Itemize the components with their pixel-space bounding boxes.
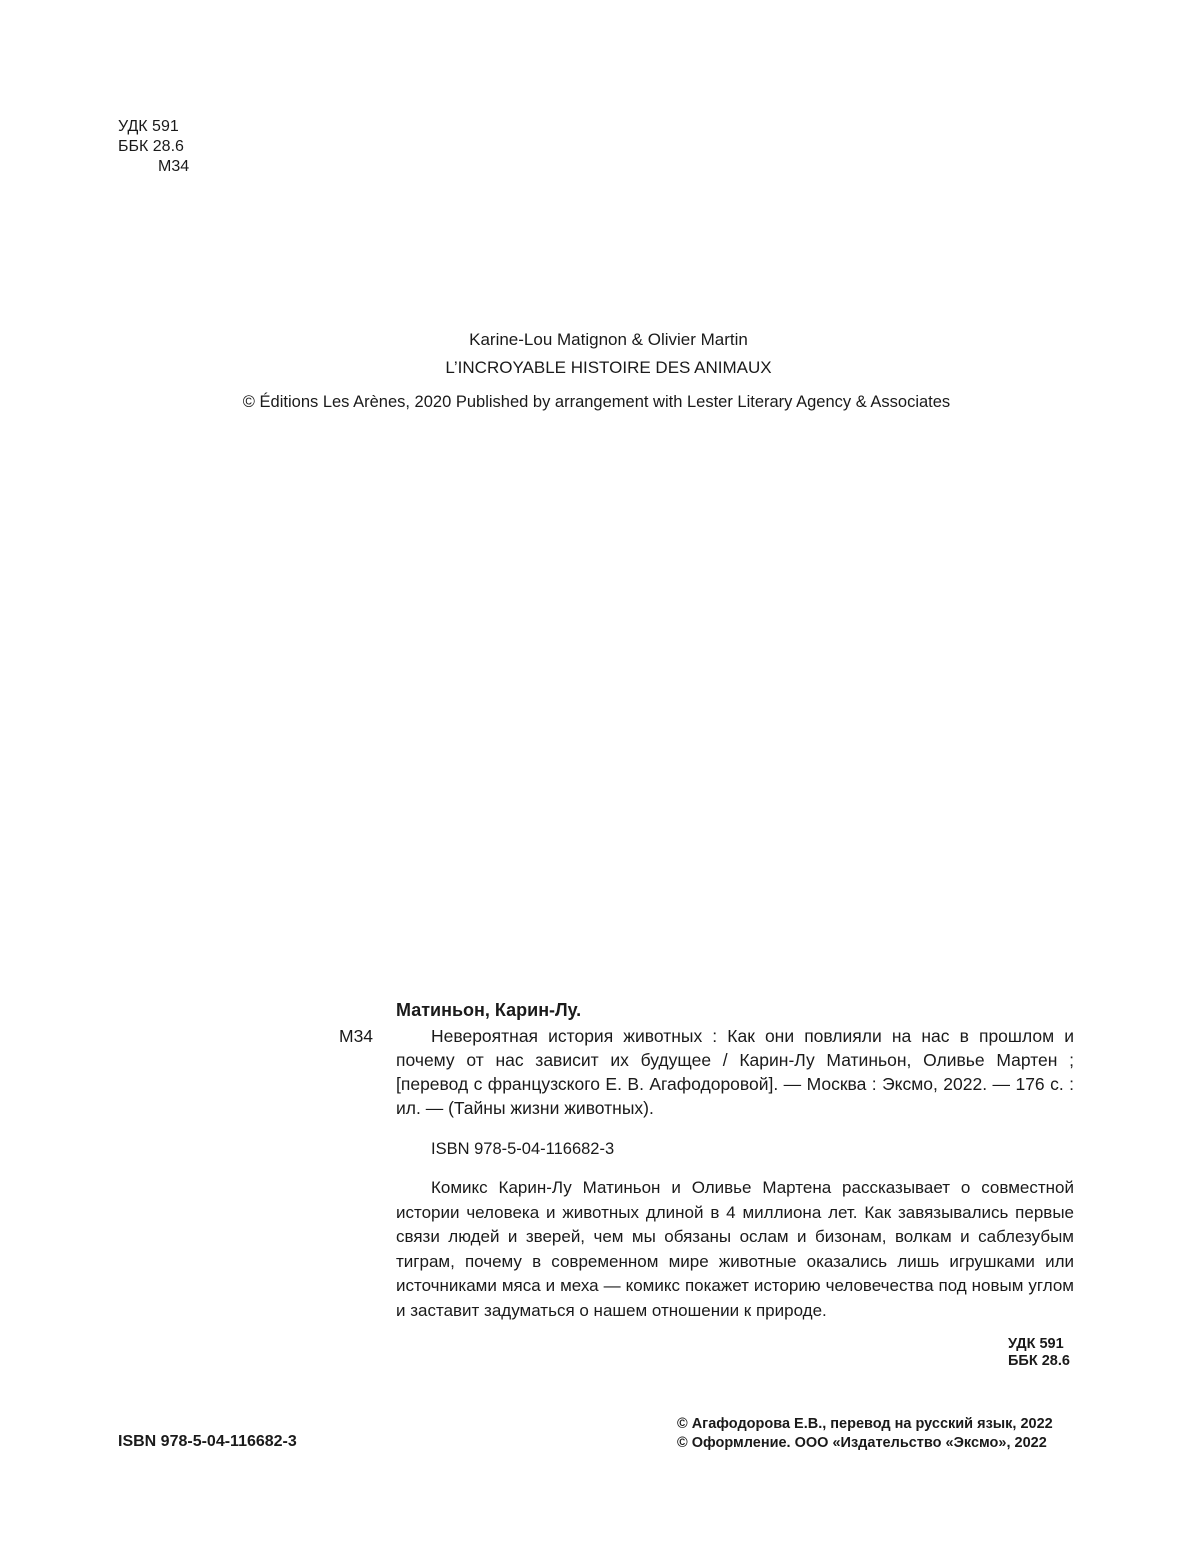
udk-code: УДК 591 (118, 117, 189, 137)
original-copyright: © Éditions Les Arènes, 2020 Published by… (0, 393, 1193, 412)
classification-codes-top: УДК 591 ББК 28.6 М34 (118, 117, 189, 177)
original-title: L’INCROYABLE HISTOIRE DES ANIMAUX (12, 358, 1193, 378)
author-mark: М34 (118, 157, 189, 177)
original-authors: Karine-Lou Matignon & Olivier Martin (12, 330, 1193, 350)
copyright-translation: © Агафодорова Е.В., перевод на русский я… (677, 1415, 1053, 1434)
annotation: Комикс Карин-Лу Матиньон и Оливье Мартен… (396, 1176, 1074, 1323)
bibliographic-author-heading: Матиньон, Карин-Лу. (396, 998, 1074, 1022)
bibliographic-description: Невероятная история животных : Как они п… (396, 1024, 1074, 1120)
bbk-code: ББК 28.6 (118, 137, 189, 157)
udk-code-bottom: УДК 591 (1008, 1336, 1070, 1353)
footer-copyrights: © Агафодорова Е.В., перевод на русский я… (677, 1415, 1053, 1453)
bibliographic-author-mark: М34 (339, 1026, 373, 1047)
copyright-design: © Оформление. ООО «Издательство «Эксмо»,… (677, 1434, 1053, 1453)
bbk-code-bottom: ББК 28.6 (1008, 1353, 1070, 1370)
footer-isbn: ISBN 978-5-04-116682-3 (118, 1433, 297, 1451)
classification-codes-bottom: УДК 591 ББК 28.6 (1008, 1336, 1070, 1370)
bibliographic-isbn: ISBN 978-5-04-116682-3 (431, 1140, 614, 1159)
